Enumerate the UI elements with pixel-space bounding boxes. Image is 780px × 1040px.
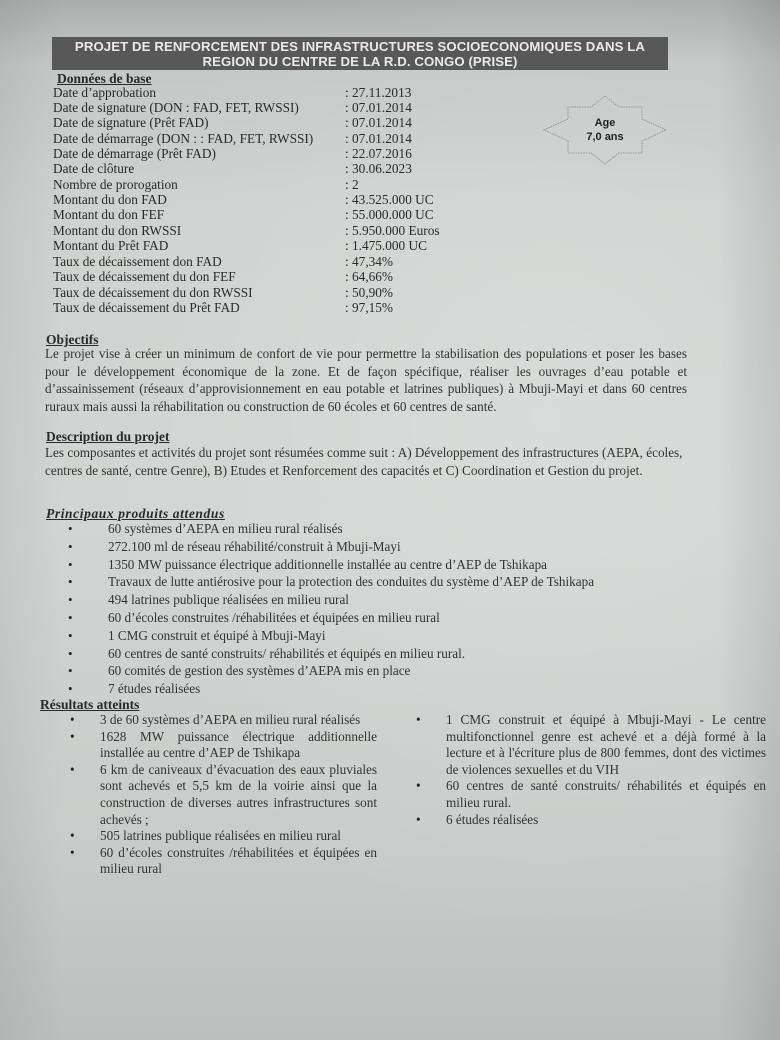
base-data-value: : 1.475.000 UC (345, 238, 427, 253)
title-line-1: PROJET DE RENFORCEMENT DES INFRASTRUCTUR… (52, 39, 668, 54)
age-value: 7,0 ans (538, 130, 672, 144)
base-data-label: Montant du don FAD (53, 192, 345, 207)
base-data-label: Montant du don RWSSI (53, 223, 345, 238)
list-item: 6 km de caniveaux d’évacuation des eaux … (100, 762, 377, 828)
base-data-row: Montant du don RWSSI: 5.950.000 Euros (53, 223, 440, 238)
list-item: 494 latrines publique réalisées en milie… (108, 591, 708, 609)
base-data-value: : 97,15% (345, 300, 393, 315)
list-item: 3 de 60 systèmes d’AEPA en milieu rural … (100, 712, 377, 729)
base-data-value: : 2 (345, 177, 359, 192)
base-data-label: Date de clôture (53, 161, 345, 176)
base-data-row: Taux de décaissement du don FEF: 64,66% (53, 269, 393, 284)
base-data-label: Date de démarrage (DON : : FAD, FET, RWS… (53, 131, 345, 146)
expected-outputs-list: 60 systèmes d’AEPA en milieu rural réali… (108, 520, 708, 698)
base-data-value: : 50,90% (345, 285, 393, 300)
age-badge: Age 7,0 ans (538, 94, 672, 166)
base-data-row: Date de signature (Prêt FAD): 07.01.2014 (53, 115, 412, 130)
base-data-label: Taux de décaissement du don RWSSI (53, 285, 345, 300)
description-heading: Description du projet (46, 429, 170, 445)
list-item: 60 systèmes d’AEPA en milieu rural réali… (108, 520, 708, 538)
base-data-label: Date d’approbation (53, 85, 345, 100)
base-data-value: : 5.950.000 Euros (345, 223, 440, 238)
list-item: 60 d’écoles construites /réhabilitées et… (108, 609, 708, 627)
base-data-label: Date de signature (Prêt FAD) (53, 115, 345, 130)
base-data-row: Date de démarrage (DON : : FAD, FET, RWS… (53, 131, 412, 146)
list-item: 1 CMG construit et équipé à Mbuji-Mayi -… (446, 712, 766, 778)
base-data-row: Taux de décaissement don FAD: 47,34% (53, 254, 393, 269)
base-data-row: Date d’approbation: 27.11.2013 (53, 85, 411, 100)
results-left-list: 3 de 60 systèmes d’AEPA en milieu rural … (100, 712, 377, 878)
base-data-row: Montant du don FAD: 43.525.000 UC (53, 192, 434, 207)
base-data-row: Montant du don FEF: 55.000.000 UC (53, 207, 434, 222)
base-data-value: : 07.01.2014 (345, 115, 412, 130)
list-item: 60 comités de gestion des systèmes d’AEP… (108, 662, 708, 680)
results-heading: Résultats atteints (40, 697, 139, 713)
base-data-value: : 27.11.2013 (345, 85, 411, 100)
list-item: 6 études réalisées (446, 812, 766, 829)
list-item: 1350 MW puissance électrique additionnel… (108, 556, 708, 574)
base-data-label: Date de signature (DON : FAD, FET, RWSSI… (53, 100, 345, 115)
base-data-value: : 43.525.000 UC (345, 192, 434, 207)
age-label: Age (538, 116, 672, 130)
list-item: 60 d’écoles construites /réhabilitées et… (100, 845, 377, 878)
description-text: Les composantes et activités du projet s… (45, 444, 695, 479)
list-item: 60 centres de santé construits/ réhabili… (108, 645, 708, 663)
base-data-label: Taux de décaissement du don FEF (53, 269, 345, 284)
base-data-value: : 47,34% (345, 254, 393, 269)
list-item: 7 études réalisées (108, 680, 708, 698)
base-data-label: Montant du don FEF (53, 207, 345, 222)
base-data-value: : 30.06.2023 (345, 161, 412, 176)
base-data-row: Date de signature (DON : FAD, FET, RWSSI… (53, 100, 412, 115)
base-data-row: Date de démarrage (Prêt FAD): 22.07.2016 (53, 146, 412, 161)
base-data-row: Nombre de prorogation: 2 (53, 177, 359, 192)
base-data-label: Date de démarrage (Prêt FAD) (53, 146, 345, 161)
base-data-row: Taux de décaissement du Prêt FAD: 97,15% (53, 300, 393, 315)
objectives-text: Le projet vise à créer un minimum de con… (45, 345, 687, 415)
base-data-row: Date de clôture: 30.06.2023 (53, 161, 412, 176)
base-data-value: : 22.07.2016 (345, 146, 412, 161)
base-data-value: : 07.01.2014 (345, 100, 412, 115)
document-title-banner: PROJET DE RENFORCEMENT DES INFRASTRUCTUR… (52, 37, 668, 70)
base-data-value: : 64,66% (345, 269, 393, 284)
list-item: Travaux de lutte antiérosive pour la pro… (108, 573, 708, 591)
base-data-value: : 55.000.000 UC (345, 207, 434, 222)
base-data-row: Montant du Prêt FAD: 1.475.000 UC (53, 238, 427, 253)
results-right-list: 1 CMG construit et équipé à Mbuji-Mayi -… (446, 712, 766, 828)
base-data-row: Taux de décaissement du don RWSSI: 50,90… (53, 285, 393, 300)
base-data-label: Taux de décaissement don FAD (53, 254, 345, 269)
base-data-label: Taux de décaissement du Prêt FAD (53, 300, 345, 315)
document-page: PROJET DE RENFORCEMENT DES INFRASTRUCTUR… (0, 0, 780, 1040)
list-item: 1628 MW puissance électrique additionnel… (100, 729, 377, 762)
base-data-label: Nombre de prorogation (53, 177, 345, 192)
list-item: 272.100 ml de réseau réhabilité/construi… (108, 538, 708, 556)
base-data-value: : 07.01.2014 (345, 131, 412, 146)
base-data-label: Montant du Prêt FAD (53, 238, 345, 253)
title-line-2: REGION DU CENTRE DE LA R.D. CONGO (PRISE… (52, 54, 668, 69)
list-item: 60 centres de santé construits/ réhabili… (446, 778, 766, 811)
list-item: 505 latrines publique réalisées en milie… (100, 828, 377, 845)
list-item: 1 CMG construit et équipé à Mbuji-Mayi (108, 627, 708, 645)
